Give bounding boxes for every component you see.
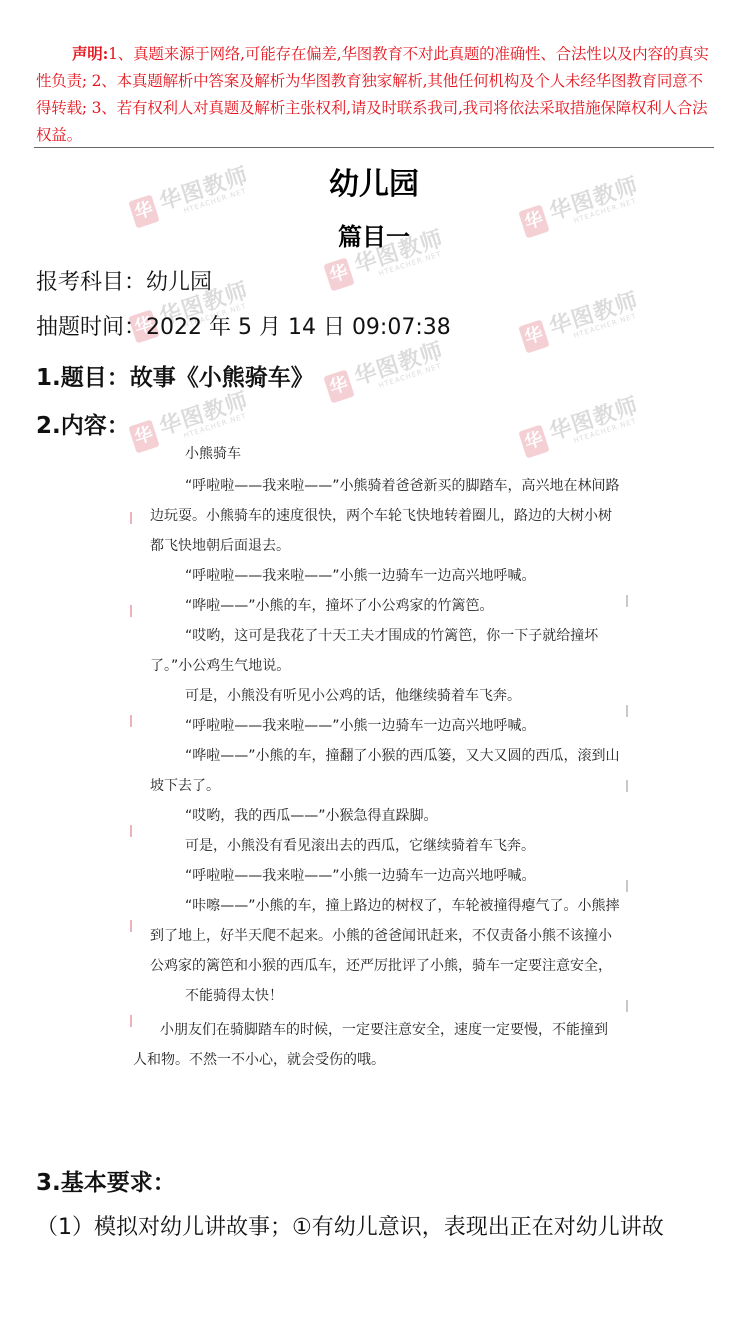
page-subtitle: 篇目一: [0, 220, 748, 254]
margin-mark: [130, 920, 132, 932]
story-closing: 小朋友们在骑脚踏车的时候，一定要注意安全，速度一定要慢，不能撞到人和物。不然一不…: [133, 1015, 620, 1075]
story-paragraph: “呼啦啦——我来啦——”小熊一边骑车一边高兴地呼喊。: [150, 861, 620, 891]
margin-mark: [626, 705, 628, 717]
disclaimer-label: 声明:: [72, 44, 108, 63]
disclaimer-text: 1、真题来源于网络,可能存在偏差,华图教育不对此真题的准确性、合法性以及内容的真…: [36, 45, 709, 144]
margin-mark: [130, 605, 132, 617]
requirement-item: （1）模拟对幼儿讲故事；①有幼儿意识，表现出正在对幼儿讲故: [36, 1212, 664, 1244]
page-title: 幼儿园: [0, 165, 748, 205]
watermark-sub: HTEACHER.NET: [183, 412, 248, 440]
margin-mark: [626, 1000, 628, 1012]
section-content: 2.内容：: [36, 410, 130, 442]
watermark-sub: HTEACHER.NET: [378, 362, 443, 390]
story-paragraph: “呼啦啦——我来啦——”小熊一边骑车一边高兴地呼喊。: [150, 561, 620, 591]
section-requirements: 3.基本要求：: [36, 1167, 176, 1199]
margin-mark: [130, 512, 132, 524]
divider: [34, 147, 714, 148]
margin-mark: [130, 715, 132, 727]
watermark-logo-icon: 华: [323, 257, 354, 291]
watermark-logo-icon: 华: [518, 319, 549, 353]
story-paragraph: “哗啦——”小熊的车，撞坏了小公鸡家的竹篱笆。: [150, 591, 620, 621]
watermark-sub: HTEACHER.NET: [573, 312, 638, 340]
story-title: 小熊骑车: [150, 443, 620, 471]
margin-mark: [130, 825, 132, 837]
watermark-logo-icon: 华: [323, 369, 354, 403]
margin-mark: [626, 780, 628, 792]
margin-mark: [130, 1015, 132, 1027]
story-paragraph: 不能骑得太快！: [150, 981, 620, 1011]
watermark-sub: HTEACHER.NET: [573, 417, 638, 445]
exam-subject: 报考科目：幼儿园: [36, 268, 212, 298]
margin-mark: [626, 880, 628, 892]
watermark: 华华图教师HTEACHER.NET: [321, 331, 458, 413]
story-paragraph: “呼啦啦——我来啦——”小熊骑着爸爸新买的脚踏车，高兴地在林间路边玩耍。小熊骑车…: [150, 471, 620, 561]
watermark-sub: HTEACHER.NET: [378, 250, 443, 278]
story-paragraph: “哎哟，这可是我花了十天工夫才围成的竹篱笆，你一下子就给撞坏了。”小公鸡生气地说…: [150, 621, 620, 681]
watermark-text: 华图教师: [545, 283, 642, 341]
draw-time: 抽题时间：2022 年 5 月 14 日 09:07:38: [36, 313, 451, 343]
margin-mark: [626, 595, 628, 607]
section-topic: 1.题目：故事《小熊骑车》: [36, 362, 314, 394]
story-paragraph: “哗啦——”小熊的车，撞翻了小猴的西瓜篓，又大又圆的西瓜，滚到山坡下去了。: [150, 741, 620, 801]
story-excerpt: 小熊骑车 “呼啦啦——我来啦——”小熊骑着爸爸新买的脚踏车，高兴地在林间路边玩耍…: [150, 443, 620, 1075]
story-paragraph: “呼啦啦——我来啦——”小熊一边骑车一边高兴地呼喊。: [150, 711, 620, 741]
story-paragraph: 可是，小熊没有看见滚出去的西瓜，它继续骑着车飞奔。: [150, 831, 620, 861]
watermark-text: 华图教师: [545, 388, 642, 446]
disclaimer: 声明:1、真题来源于网络,可能存在偏差,华图教育不对此真题的准确性、合法性以及内…: [36, 40, 714, 149]
story-paragraph: 可是，小熊没有听见小公鸡的话，他继续骑着车飞奔。: [150, 681, 620, 711]
story-paragraph: “哎哟，我的西瓜——”小猴急得直跺脚。: [150, 801, 620, 831]
story-paragraph: “咔嚓——”小熊的车，撞上路边的树杈了，车轮被撞得瘪气了。小熊摔到了地上，好半天…: [150, 891, 620, 981]
watermark: 华华图教师HTEACHER.NET: [516, 281, 653, 363]
